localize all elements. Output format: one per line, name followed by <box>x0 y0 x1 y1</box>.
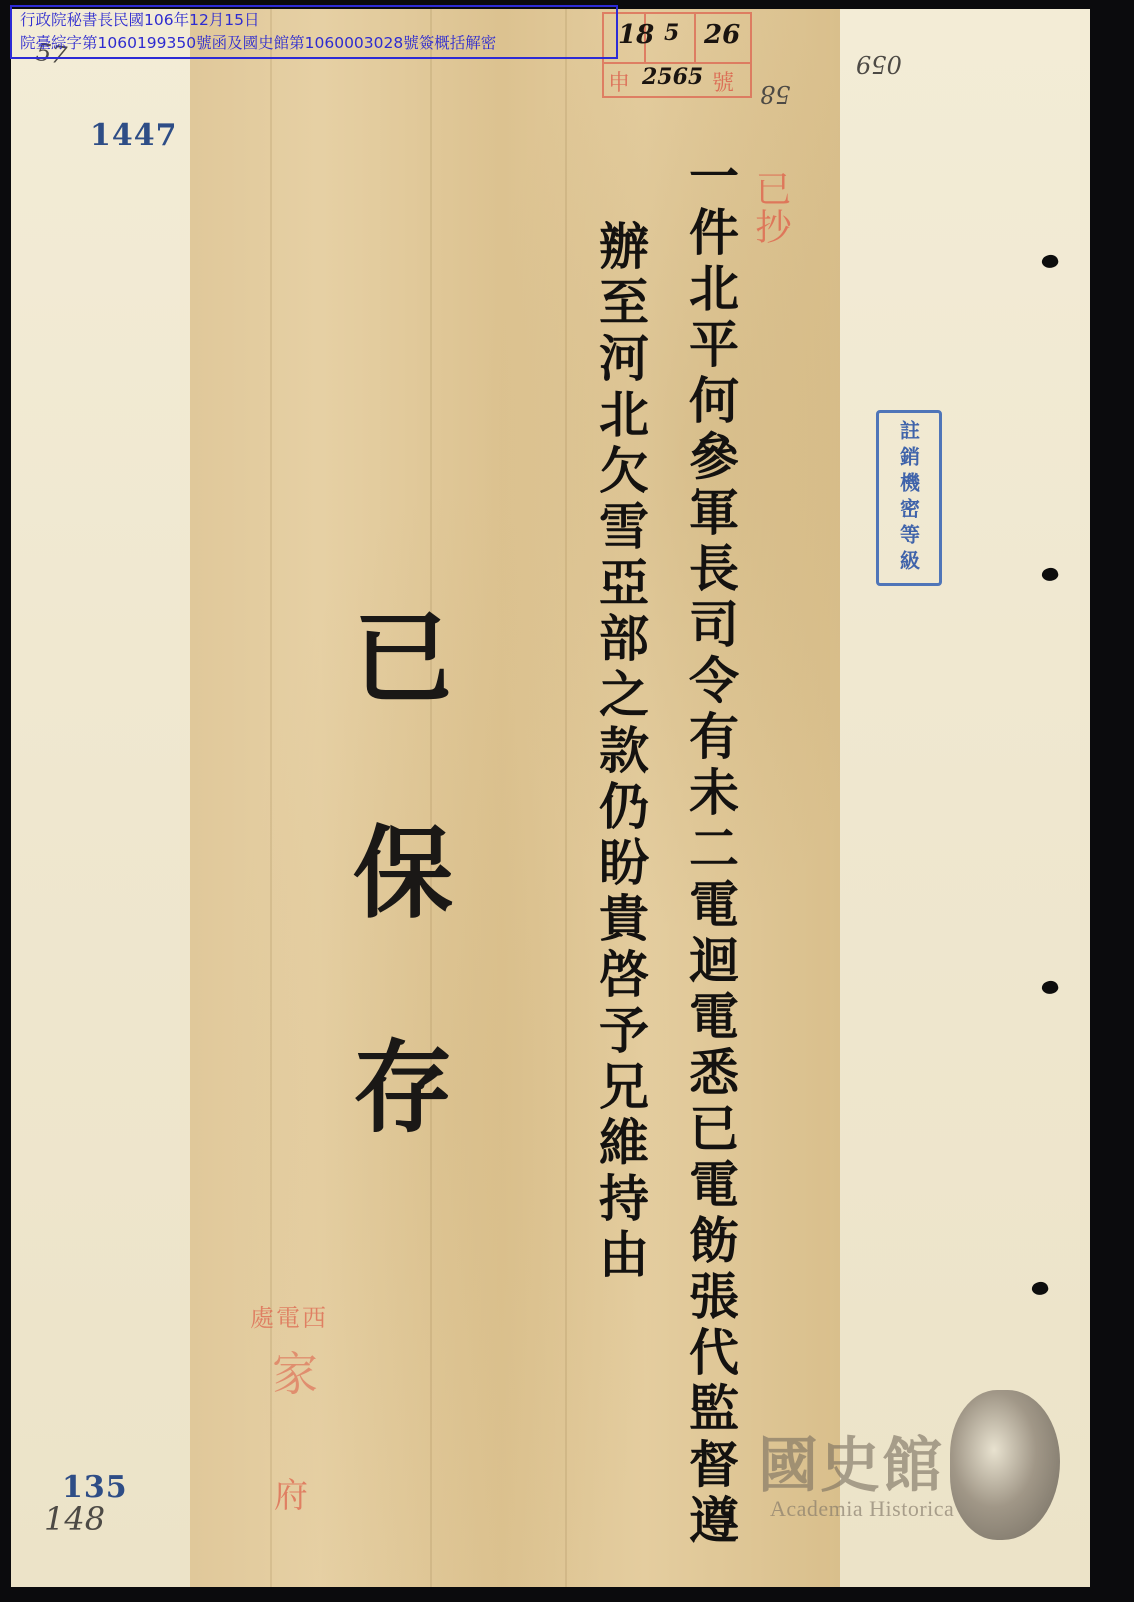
watermark-english: Academia Historica <box>770 1496 954 1522</box>
text-column-1: 一件北平何參軍長司令有未二電迴電悉已電飭張代監督遵 <box>680 150 740 1580</box>
stamp-suffix: 號 <box>712 66 734 97</box>
seal-middle: 家 <box>272 1338 318 1404</box>
stamp-day: 26 <box>704 20 740 50</box>
fold-line <box>565 9 567 1587</box>
seal-top: 處電西 <box>250 1298 328 1333</box>
archive-number-top: 1447 <box>90 118 178 153</box>
telegraph-office-seal: 處電西 家 府 <box>250 1290 360 1530</box>
receipt-stamp: 18 5 26 申 2565 號 <box>602 12 752 98</box>
academia-historica-watermark: 國史館 Academia Historica <box>750 1390 1070 1540</box>
stamp-month: 5 <box>664 20 679 46</box>
academia-historica-logo-icon <box>950 1390 1060 1540</box>
declassification-line-2: 院臺綜字第1060199350號函及國史館第1060003028號簽概括解密 <box>20 32 608 55</box>
seal-bottom: 府 <box>274 1468 308 1517</box>
pencil-note-bottom-left: 148 <box>44 1500 105 1538</box>
stamp-year: 18 <box>618 20 654 50</box>
declassification-notice: 行政院秘書長民國106年12月15日 院臺綜字第1060199350號函及國史館… <box>10 5 618 59</box>
copied-stamp: 已抄 <box>745 170 796 246</box>
archive-number-bottom: 135 <box>62 1470 128 1505</box>
pencil-note-top-right: 059 <box>856 50 902 78</box>
watermark-chinese: 國史館 <box>758 1418 944 1504</box>
text-column-3: 已 保 存 <box>365 605 425 1225</box>
pencil-note-strip: 58 <box>760 80 791 108</box>
text-column-2: 辦至河北欠雪亞部之款仍盼貴啓予兄維持由 <box>590 220 650 1320</box>
stamp-prefix: 申 <box>608 66 630 97</box>
declassification-line-1: 行政院秘書長民國106年12月15日 <box>20 9 608 32</box>
stamp-number: 2565 <box>642 64 703 90</box>
cancel-classification-stamp: 註銷機密等級 <box>876 410 942 586</box>
